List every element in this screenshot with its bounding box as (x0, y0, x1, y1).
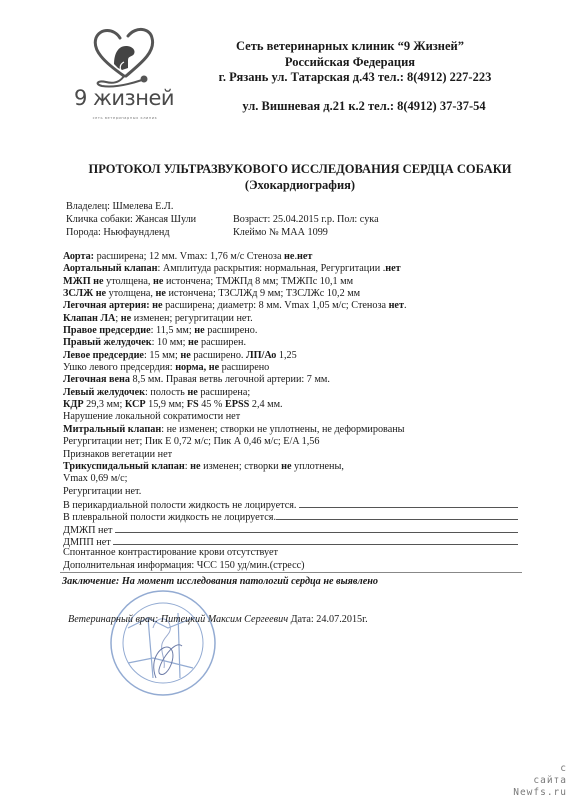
site-watermark: с сайта Newfs.ru (513, 763, 567, 799)
finding-text: 45 % (199, 399, 225, 410)
finding-bold-text: нет (297, 251, 312, 262)
finding-text: В перикардиальной полости жидкость не ло… (63, 500, 299, 511)
finding-line: Регургитации нет. (63, 486, 523, 498)
findings-list: Аорта: расширена; 12 мм. Vmax: 1,76 м/с … (63, 251, 523, 572)
finding-line: Легочная вена 8,5 мм. Правая ветвь легоч… (63, 374, 523, 386)
fill-line (276, 510, 518, 520)
finding-text: ДМПП нет (63, 537, 113, 548)
watermark-line-2: сайта (513, 775, 567, 787)
doctor-signature-line: Ветеринарный врач: Питецкий Максим Серге… (68, 614, 368, 625)
finding-text: 8,5 мм. Правая ветвь легочной артерии: 7… (130, 374, 330, 385)
finding-bold-text: не (187, 387, 197, 398)
finding-text: Признаков вегетации нет (63, 449, 172, 460)
finding-line: Vmax 0,69 м/с; (63, 473, 523, 485)
finding-bold-text: КСР (125, 399, 146, 410)
finding-text: : 10 мм; (152, 337, 188, 348)
finding-text: 1,25 (276, 350, 296, 361)
brand-number: Клеймо № МАА 1099 (233, 227, 328, 238)
finding-text: расширена; диаметр: 8 мм. Vmax 1,05 м/с;… (163, 300, 389, 311)
finding-bold-text: не (156, 288, 166, 299)
finding-bold-text: не (284, 251, 294, 262)
finding-text: расширена; (198, 387, 250, 398)
finding-bold-text: Клапан ЛА (63, 313, 115, 324)
finding-text: истончена; ТЗСЛЖд 9 мм; ТЗСЛЖс 10,2 мм (166, 288, 360, 299)
finding-bold-text: норма, не (175, 362, 219, 373)
finding-line: В перикардиальной полости жидкость не ло… (63, 498, 523, 510)
breed: Порода: Ньюфаундленд (66, 227, 170, 238)
finding-text: Vmax 0,69 м/с; (63, 473, 127, 484)
finding-line: Клапан ЛА; не изменен; регургитации нет. (63, 313, 523, 325)
finding-bold-text: Левое предсердие (63, 350, 144, 361)
finding-text: Дополнительная информация: ЧСС 150 уд/ми… (63, 560, 305, 571)
finding-text: Ушко левого предсердия: (63, 362, 175, 373)
finding-bold-text: Правый желудочек (63, 337, 152, 348)
finding-line: МЖП не утолщена, не истончена; ТМЖПд 8 м… (63, 276, 523, 288)
finding-text: Спонтанное контрастирование крови отсутс… (63, 547, 278, 558)
finding-text: 15,9 мм; (146, 399, 187, 410)
finding-bold-text: МЖП не (63, 276, 104, 287)
finding-bold-text: Легочная вена (63, 374, 130, 385)
finding-line: ДМПП нет (63, 535, 523, 547)
finding-bold-text: не (180, 350, 190, 361)
logo-subtitle: сеть ветеринарных клиник (80, 116, 170, 120)
clinic-country: Российская Федерация (230, 55, 470, 70)
finding-text: расширено. (191, 350, 246, 361)
finding-line: Дополнительная информация: ЧСС 150 уд/ми… (63, 560, 523, 572)
finding-bold-text: Левый желудочек (63, 387, 145, 398)
watermark-line-1: с (513, 763, 567, 775)
finding-line: Аорта: расширена; 12 мм. Vmax: 1,76 м/с … (63, 251, 523, 263)
age-sex: Возраст: 25.04.2015 г.р. Пол: сука (233, 214, 379, 225)
finding-text: Нарушение локальной сократимости нет (63, 411, 240, 422)
divider (60, 572, 522, 573)
finding-text: 29,3 мм; (84, 399, 125, 410)
finding-line: ЗСЛЖ не утолщена, не истончена; ТЗСЛЖд 9… (63, 288, 523, 300)
finding-text: : не изменен; створки не уплотнены, не д… (161, 424, 404, 435)
finding-line: Трикуспидальный клапан: не изменен; ство… (63, 461, 523, 473)
finding-bold-text: не (281, 461, 291, 472)
finding-text: уплотнены, (291, 461, 343, 472)
finding-bold-text: КДР (63, 399, 84, 410)
finding-bold-text: Митральный клапан (63, 424, 161, 435)
finding-bold-text: ЛП/Ао (246, 350, 276, 361)
clinic-stamp-icon (108, 588, 218, 698)
clinic-logo: 9 жизней сеть ветеринарных клиник (66, 24, 181, 132)
watermark-line-3: Newfs.ru (513, 787, 567, 799)
finding-line: Спонтанное контрастирование крови отсутс… (63, 547, 523, 559)
finding-bold-text: FS (187, 399, 199, 410)
heart-stethoscope-dog-icon (84, 24, 164, 88)
doctor-name: Ветеринарный врач: Питецкий Максим Серге… (68, 614, 288, 625)
finding-text: Регургитации нет. (63, 486, 141, 497)
finding-bold-text: не (190, 461, 200, 472)
finding-bold-text: не (121, 313, 131, 324)
finding-text: : 15 мм; (144, 350, 180, 361)
finding-bold-text: нет (389, 300, 404, 311)
dog-name: Кличка собаки: Жансая Шули (66, 214, 196, 225)
fill-line (299, 498, 518, 508)
finding-line: КДР 29,3 мм; КСР 15,9 мм; FS 45 % EPSS 2… (63, 399, 523, 411)
logo-name: 9 жизней (68, 86, 180, 110)
finding-bold-text: нет (385, 263, 400, 274)
document-title: ПРОТОКОЛ УЛЬТРАЗВУКОВОГО ИССЛЕДОВАНИЯ СЕ… (60, 162, 540, 177)
finding-bold-text: не (188, 337, 198, 348)
finding-bold-text: Аортальный клапан (63, 263, 158, 274)
finding-bold-text: Аорта: (63, 251, 94, 262)
finding-text: расширена; 12 мм. Vmax: 1,76 м/с Стеноза (94, 251, 284, 262)
owner: Владелец: Шмелева Е.Л. (66, 201, 173, 212)
finding-text: : Амплитуда раскрытия: нормальная, Регур… (158, 263, 383, 274)
finding-text: изменен; створки (201, 461, 282, 472)
finding-line: Правый желудочек: 10 мм; не расширен. (63, 337, 523, 349)
finding-line: Аортальный клапан: Амплитуда раскрытия: … (63, 263, 523, 275)
finding-text: утолщена, (104, 276, 153, 287)
fill-line (113, 535, 518, 545)
exam-date: Дата: 24.07.2015г. (288, 614, 368, 625)
finding-line: Признаков вегетации нет (63, 449, 523, 461)
finding-text: утолщена, (106, 288, 155, 299)
finding-text: В плевральной полости жидкость не лоциру… (63, 512, 276, 523)
finding-line: Ушко левого предсердия: норма, не расшир… (63, 362, 523, 374)
finding-bold-text: Легочная артерия: не (63, 300, 163, 311)
finding-text: : 11,5 мм; (151, 325, 195, 336)
finding-text: расширен. (198, 337, 246, 348)
finding-bold-text: не (194, 325, 204, 336)
finding-line: В плевральной полости жидкость не лоциру… (63, 510, 523, 522)
finding-bold-text: Трикуспидальный клапан (63, 461, 185, 472)
finding-line: Левый желудочек: полость не расширена; (63, 387, 523, 399)
finding-text: : полость (145, 387, 187, 398)
finding-text: 2,4 мм. (249, 399, 282, 410)
document-subtitle: (Эхокардиография) (60, 178, 540, 193)
finding-bold-text: Правое предсердие (63, 325, 151, 336)
finding-text: ДМЖП нет (63, 525, 115, 536)
fill-line (115, 523, 518, 533)
finding-line: ДМЖП нет (63, 523, 523, 535)
finding-text: истончена; ТМЖПд 8 мм; ТМЖПс 10,1 мм (163, 276, 353, 287)
finding-text: расширено (219, 362, 269, 373)
finding-text: . (404, 300, 407, 311)
finding-text: расширено. (205, 325, 258, 336)
finding-line: Митральный клапан: не изменен; створки н… (63, 424, 523, 436)
finding-bold-text: EPSS (225, 399, 249, 410)
finding-line: Левое предсердие: 15 мм; не расширено. Л… (63, 350, 523, 362)
finding-text: изменен; регургитации нет. (131, 313, 252, 324)
finding-line: Правое предсердие: 11,5 мм; не расширено… (63, 325, 523, 337)
clinic-address-1: г. Рязань ул. Татарская д.43 тел.: 8(491… (216, 70, 494, 85)
finding-bold-text: не (153, 276, 163, 287)
finding-line: Регургитации нет; Пик E 0,72 м/с; Пик А … (63, 436, 523, 448)
finding-line: Легочная артерия: не расширена; диаметр:… (63, 300, 523, 312)
clinic-address-2: ул. Вишневая д.21 к.2 тел.: 8(4912) 37-3… (234, 99, 494, 114)
conclusion: Заключение: На момент исследования патол… (62, 576, 378, 587)
finding-bold-text: ЗСЛЖ не (63, 288, 106, 299)
clinic-name: Сеть ветеринарных клиник “9 Жизней” (230, 39, 470, 54)
finding-text: Регургитации нет; Пик E 0,72 м/с; Пик А … (63, 436, 319, 447)
finding-line: Нарушение локальной сократимости нет (63, 411, 523, 423)
